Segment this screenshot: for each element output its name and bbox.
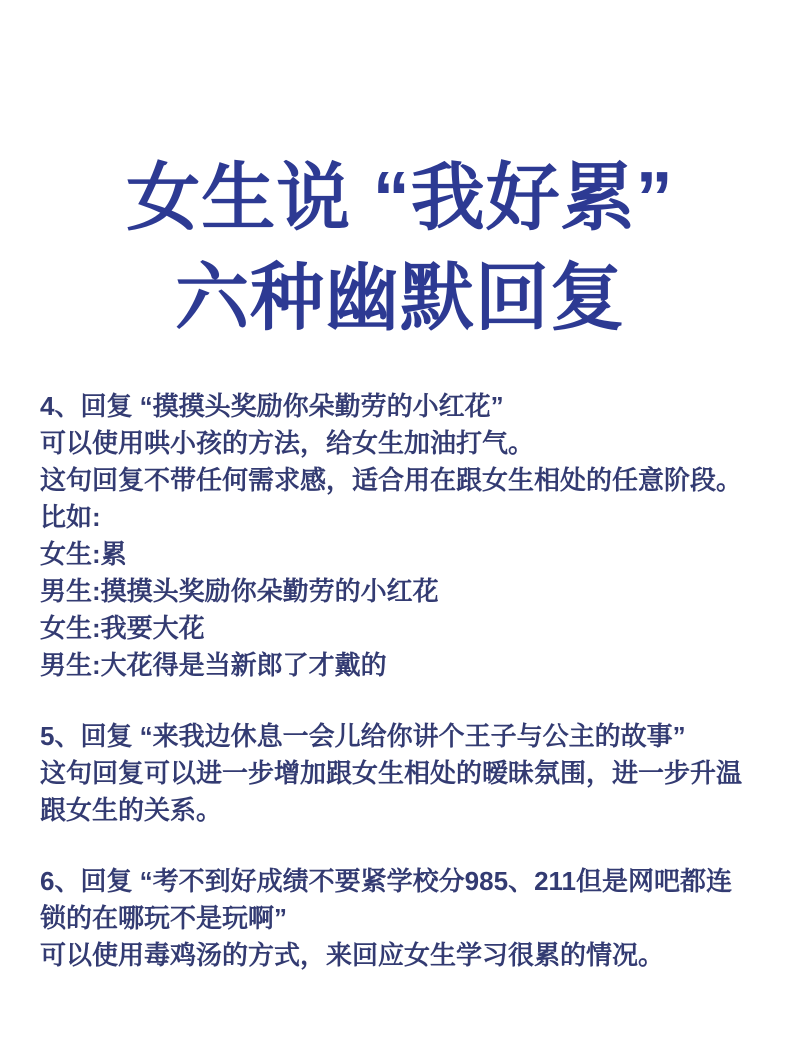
page-title: 女生说 “我好累” 六种幽默回复: [0, 0, 800, 348]
section-5-heading: 5、回复 “来我边休息一会儿给你讲个王子与公主的故事”: [40, 718, 772, 755]
section-6-heading-cont: 锁的在哪玩不是玩啊”: [40, 900, 772, 937]
body-content: 4、回复 “摸摸头奖励你朵勤劳的小红花” 可以使用哄小孩的方法，给女生加油打气。…: [40, 388, 772, 974]
section-6-heading: 6、回复 “考不到好成绩不要紧学校分985、211但是网吧都连: [40, 863, 772, 900]
text-line: 这句回复可以进一步增加跟女生相处的暧昧氛围，进一步升温: [40, 755, 772, 792]
text-line: 可以使用毒鸡汤的方式，来回应女生学习很累的情况。: [40, 937, 772, 974]
text-line: 可以使用哄小孩的方法，给女生加油打气。: [40, 425, 772, 462]
section-4-heading: 4、回复 “摸摸头奖励你朵勤劳的小红花”: [40, 388, 772, 425]
dialog-line-boy: 男生:大花得是当新郎了才戴的: [40, 647, 772, 684]
text-line: 跟女生的关系。: [40, 792, 772, 829]
dialog-line-boy: 男生:摸摸头奖励你朵勤劳的小红花: [40, 573, 772, 610]
dialog-line-girl: 女生:我要大花: [40, 610, 772, 647]
section-4: 4、回复 “摸摸头奖励你朵勤劳的小红花” 可以使用哄小孩的方法，给女生加油打气。…: [40, 388, 772, 684]
section-5: 5、回复 “来我边休息一会儿给你讲个王子与公主的故事” 这句回复可以进一步增加跟…: [40, 718, 772, 829]
section-6: 6、回复 “考不到好成绩不要紧学校分985、211但是网吧都连 锁的在哪玩不是玩…: [40, 863, 772, 974]
poster-page: 女生说 “我好累” 六种幽默回复 4、回复 “摸摸头奖励你朵勤劳的小红花” 可以…: [0, 0, 800, 1044]
text-line: 比如:: [40, 499, 772, 536]
text-line: 这句回复不带任何需求感，适合用在跟女生相处的任意阶段。: [40, 462, 772, 499]
title-line-2: 六种幽默回复: [0, 248, 800, 348]
dialog-line-girl: 女生:累: [40, 536, 772, 573]
title-line-1: 女生说 “我好累”: [0, 148, 800, 248]
